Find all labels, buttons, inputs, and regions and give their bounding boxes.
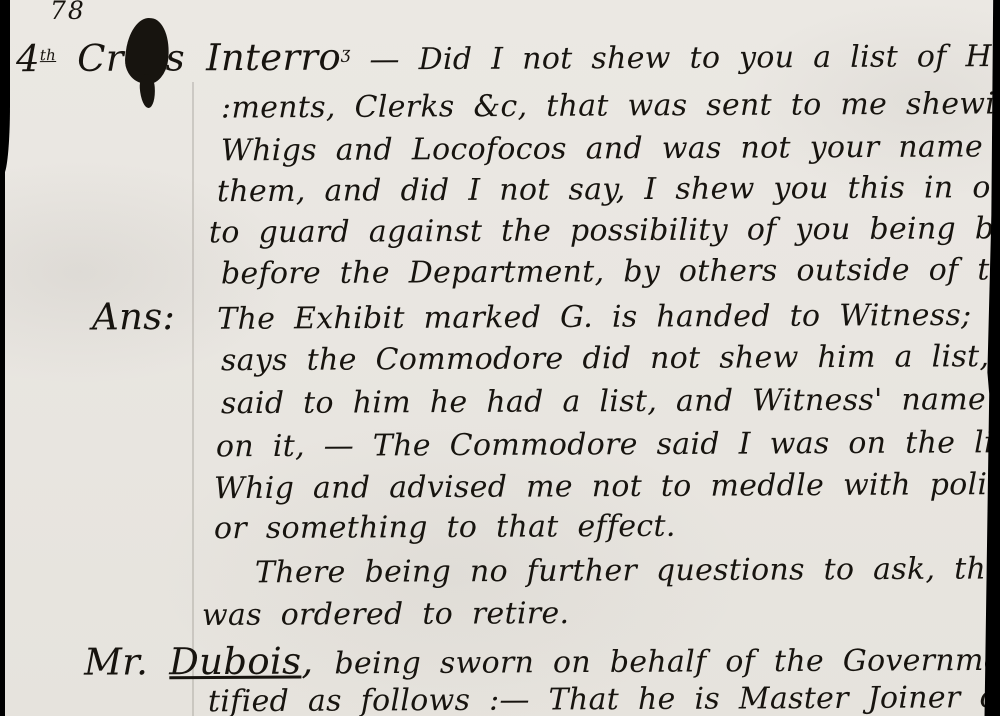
scan-edge-left-blob [0,0,10,175]
manuscript-line: said to him he had a list, and Witness' … [221,382,1000,421]
text-segment: Dubois [169,640,301,684]
text-segment: being sworn on behalf of the Government … [334,642,1000,681]
manuscript-line: was ordered to retire. [202,596,570,633]
page-number: 78 [50,0,86,25]
text-segment: tified as follows :— That he is Master J… [208,680,1000,716]
manuscript-line: Ans:The Exhibit marked G. is handed to W… [92,291,1000,339]
text-segment: th [40,46,56,64]
text-segment: them, and did I not say, I shew you this… [217,170,1000,209]
manuscript-line: Mr. Dubois, being sworn on behalf of the… [84,635,1000,683]
manuscript-line: or something to that effect. [214,509,676,546]
manuscript-line: on it, — The Commodore said I was on the… [216,425,1000,465]
margin-rule [192,82,194,716]
text-segment: Whig and advised me not to meddle with p… [214,467,1000,506]
text-segment: says the Commodore did not shew him a li… [221,339,1000,378]
manuscript-line: There being no further questions to ask,… [255,551,1000,591]
manuscript-page: 78 4th Cross Interroʒ — Did I not shew t… [0,0,1000,716]
manuscript-line: says the Commodore did not shew him a li… [221,339,1000,378]
text-segment: Whigs and Locofocos and was not your nam… [221,129,1000,169]
manuscript-line: to guard against the possibility of you … [209,211,1000,251]
text-segment: , [301,639,334,682]
manuscript-line: Whigs and Locofocos and was not your nam… [221,129,1000,169]
manuscript-line: Whig and advised me not to meddle with p… [214,467,1000,506]
manuscript-line: them, and did I not say, I shew you this… [217,170,1000,209]
text-segment: Ans: [92,295,175,338]
manuscript-line: :ments, Clerks &c, that was sent to me s… [221,85,1000,125]
text-segment: said to him he had a list, and Witness' … [221,382,1000,421]
text-segment: Cross Interro [56,36,341,80]
manuscript-line: tified as follows :— That he is Master J… [208,680,1000,716]
manuscript-line: before the Department, by others outside… [221,252,1000,292]
text-segment: was ordered to retire. [202,596,570,633]
text-segment: before the Department, by others outside… [221,252,1000,292]
text-segment: Mr. [84,640,169,683]
text-segment: Did I not shew to you a list of Heads of… [419,38,1000,77]
text-segment: 4 [16,37,40,80]
text-segment: or something to that effect. [214,509,676,546]
text-segment: The Exhibit marked G. is handed to Witne… [217,298,1000,337]
text-segment: :ments, Clerks &c, that was sent to me s… [221,85,1000,125]
text-segment: on it, — The Commodore said I was on the… [216,425,1000,465]
text-segment: ʒ [341,43,351,62]
text-segment: to guard against the possibility of you … [209,211,1000,251]
text-segment: — [351,42,419,77]
text-segment: There being no further questions to ask,… [255,551,1000,591]
